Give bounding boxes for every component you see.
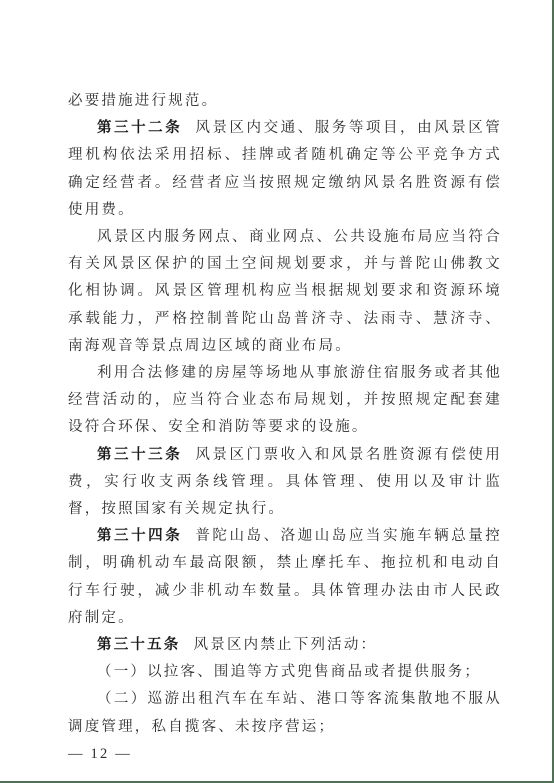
article-35-item-1: （一）以拉客、围追等方式兜售商品或者提供服务； — [68, 659, 502, 686]
article-34: 第三十四条普陀山岛、洛迦山岛应当实施车辆总量控制，明确机动车最高限额，禁止摩托车… — [68, 523, 502, 632]
document-page: 必要措施进行规范。 第三十二条风景区内交通、服务等项目，由风景区管理机构依法采用… — [0, 0, 554, 783]
document-body: 必要措施进行规范。 第三十二条风景区内交通、服务等项目，由风景区管理机构依法采用… — [68, 88, 502, 768]
continuation-paragraph: 必要措施进行规范。 — [68, 88, 502, 115]
article-32-para-3: 利用合法修建的房屋等场地从事旅游住宿服务或者其他经营活动的，应当符合业态布局规划… — [68, 360, 502, 442]
paragraph-text: （一）以拉客、围追等方式兜售商品或者提供服务； — [97, 664, 481, 680]
paragraph-text: 利用合法修建的房屋等场地从事旅游住宿服务或者其他经营活动的，应当符合业态布局规划… — [68, 365, 502, 435]
article-32: 第三十二条风景区内交通、服务等项目，由风景区管理机构依法采用招标、挂牌或者随机确… — [68, 115, 502, 224]
article-35-head: 第三十五条 — [97, 637, 181, 653]
page-number: — 12 — — [68, 741, 502, 768]
article-34-head: 第三十四条 — [97, 528, 182, 544]
article-32-head: 第三十二条 — [97, 120, 182, 136]
article-35-item-2: （二）巡游出租汽车在车站、港口等客流集散地不服从调度管理，私自揽客、未按序营运； — [68, 686, 502, 740]
article-35: 第三十五条风景区内禁止下列活动： — [68, 632, 502, 659]
paragraph-text: 必要措施进行规范。 — [68, 93, 218, 109]
paragraph-text: 风景区内禁止下列活动： — [194, 637, 378, 653]
paragraph-text: 风景区内服务网点、商业网点、公共设施布局应当符合有关风景区保护的国土空间规划要求… — [68, 229, 502, 354]
article-33: 第三十三条风景区门票收入和风景名胜资源有偿使用费，实行收支两条线管理。具体管理、… — [68, 442, 502, 524]
article-32-para-2: 风景区内服务网点、商业网点、公共设施布局应当符合有关风景区保护的国土空间规划要求… — [68, 224, 502, 360]
paragraph-text: （二）巡游出租汽车在车站、港口等客流集散地不服从调度管理，私自揽客、未按序营运； — [68, 691, 502, 734]
article-33-head: 第三十三条 — [97, 447, 182, 463]
